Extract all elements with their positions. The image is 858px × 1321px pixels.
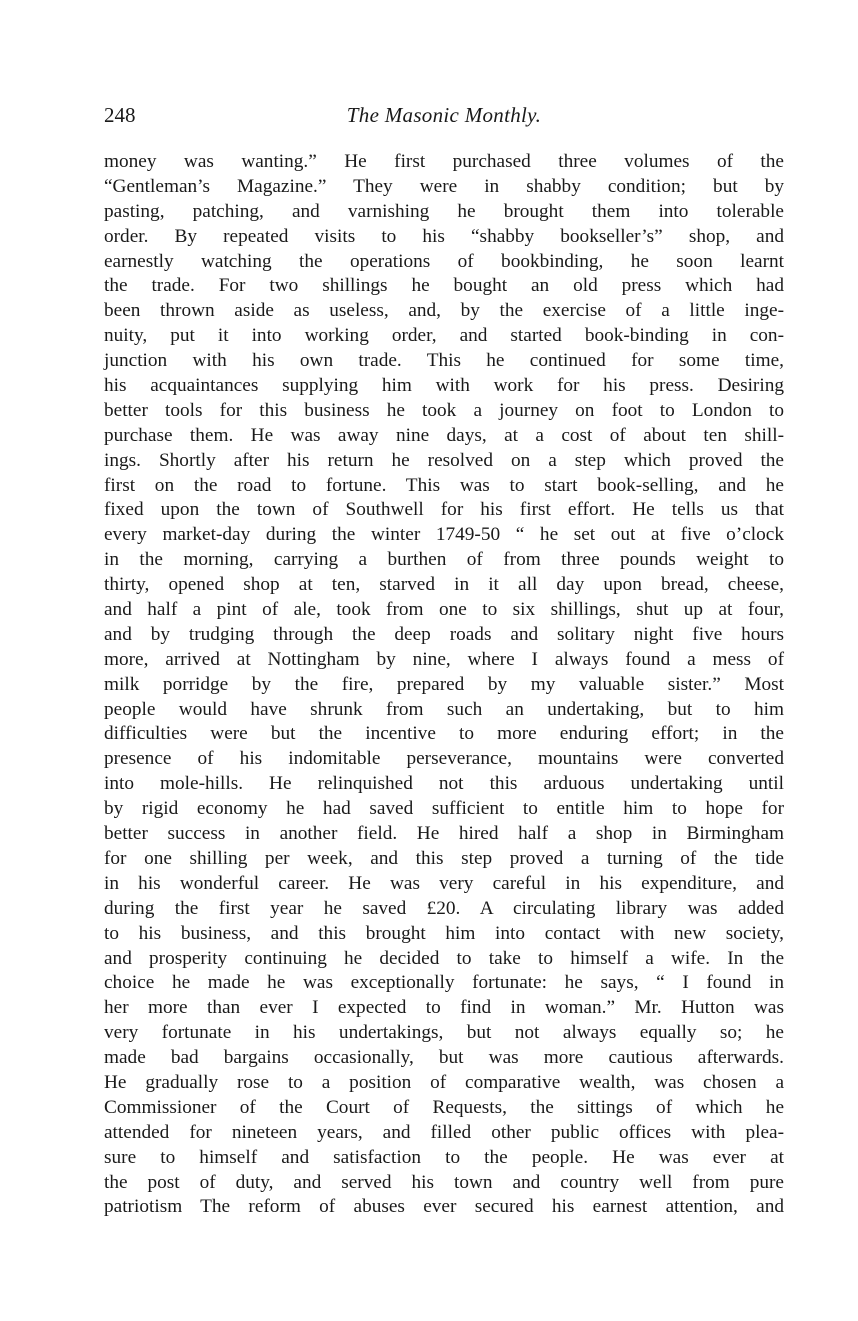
text-line: He gradually rose to a position of compa… xyxy=(104,1071,784,1096)
text-line: better success in another field. He hire… xyxy=(104,822,784,847)
text-line: and prosperity continuing he decided to … xyxy=(104,947,784,972)
text-line: order. By repeated visits to his “shabby… xyxy=(104,225,784,250)
text-line: earnestly watching the operations of boo… xyxy=(104,250,784,275)
text-line: people would have shrunk from such an un… xyxy=(104,698,784,723)
text-line: pasting, patching, and varnishing he bro… xyxy=(104,200,784,225)
text-line: purchase them. He was away nine days, at… xyxy=(104,424,784,449)
text-line: nuity, put it into working order, and st… xyxy=(104,324,784,349)
text-line: patriotism The reform of abuses ever sec… xyxy=(104,1195,784,1220)
text-line: “Gentleman’s Magazine.” They were in sha… xyxy=(104,175,784,200)
text-line: sure to himself and satisfaction to the … xyxy=(104,1146,784,1171)
text-line: in his wonderful career. He was very car… xyxy=(104,872,784,897)
text-line: and half a pint of ale, took from one to… xyxy=(104,598,784,623)
text-line: for one shilling per week, and this step… xyxy=(104,847,784,872)
text-line: junction with his own trade. This he con… xyxy=(104,349,784,374)
text-line: difficulties were but the incentive to m… xyxy=(104,722,784,747)
text-line: the post of duty, and served his town an… xyxy=(104,1171,784,1196)
text-line: into mole-hills. He relinquished not thi… xyxy=(104,772,784,797)
text-line: made bad bargains occasionally, but was … xyxy=(104,1046,784,1071)
text-line: by rigid economy he had saved sufficient… xyxy=(104,797,784,822)
text-line: better tools for this business he took a… xyxy=(104,399,784,424)
text-line: fixed upon the town of Southwell for his… xyxy=(104,498,784,523)
document-page: 248 The Masonic Monthly. money was wanti… xyxy=(0,0,858,1321)
text-line: very fortunate in his undertakings, but … xyxy=(104,1021,784,1046)
text-line: to his business, and this brought him in… xyxy=(104,922,784,947)
running-head: 248 The Masonic Monthly. xyxy=(104,102,784,128)
text-line: her more than ever I expected to find in… xyxy=(104,996,784,1021)
text-line: during the first year he saved £20. A ci… xyxy=(104,897,784,922)
text-line: money was wanting.” He first purchased t… xyxy=(104,150,784,175)
text-line: in the morning, carrying a burthen of fr… xyxy=(104,548,784,573)
text-line: the trade. For two shillings he bought a… xyxy=(104,274,784,299)
text-line: attended for nineteen years, and filled … xyxy=(104,1121,784,1146)
text-line: milk porridge by the fire, prepared by m… xyxy=(104,673,784,698)
text-line: presence of his indomitable perseverance… xyxy=(104,747,784,772)
text-line: first on the road to fortune. This was t… xyxy=(104,474,784,499)
text-line: and by trudging through the deep roads a… xyxy=(104,623,784,648)
text-line: more, arrived at Nottingham by nine, whe… xyxy=(104,648,784,673)
text-line: ings. Shortly after his return he resolv… xyxy=(104,449,784,474)
body-text: money was wanting.” He first purchased t… xyxy=(104,150,784,1220)
text-line: thirty, opened shop at ten, starved in i… xyxy=(104,573,784,598)
text-line: choice he made he was exceptionally fort… xyxy=(104,971,784,996)
text-line: been thrown aside as useless, and, by th… xyxy=(104,299,784,324)
text-line: his acquaintances supplying him with wor… xyxy=(104,374,784,399)
journal-title: The Masonic Monthly. xyxy=(104,102,784,128)
text-line: Commissioner of the Court of Requests, t… xyxy=(104,1096,784,1121)
text-line: every market-day during the winter 1749-… xyxy=(104,523,784,548)
